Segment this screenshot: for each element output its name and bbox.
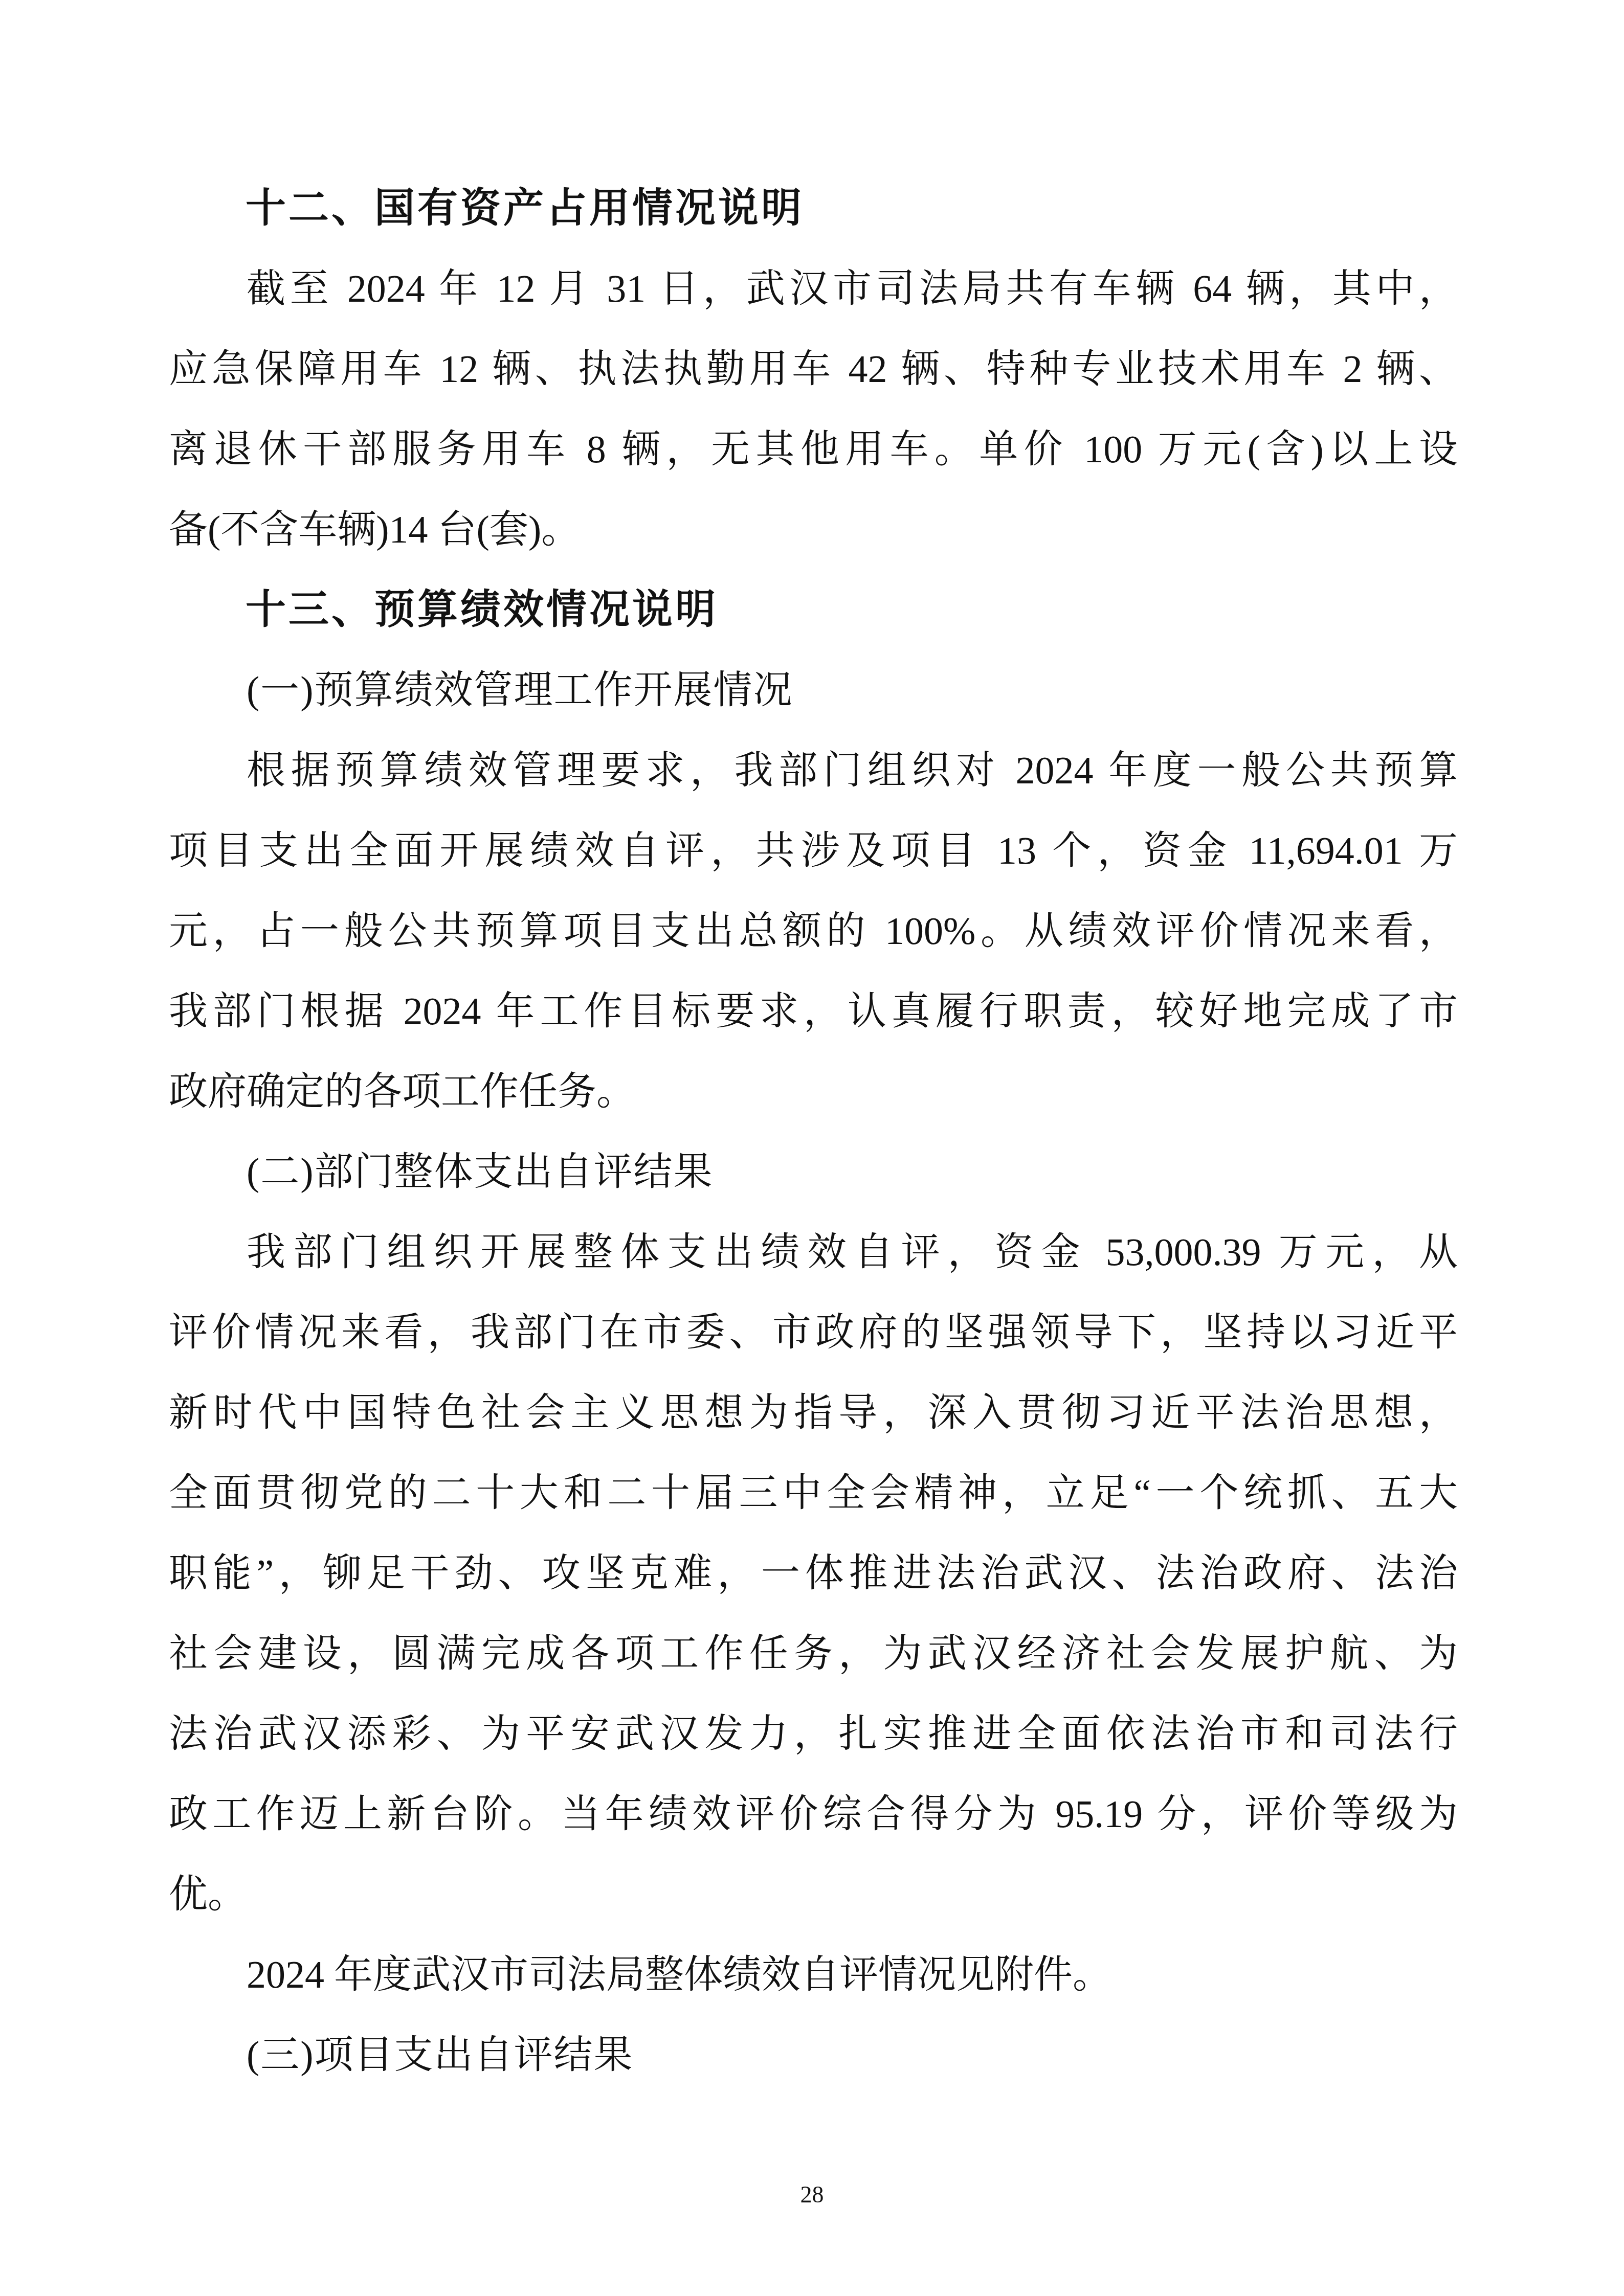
paragraph-line: 全面贯彻党的二十大和二十届三中全会精神，立足“一个统抓、五大: [169, 1453, 1458, 1534]
subsection-heading-3: (三)项目支出自评结果: [169, 2015, 1458, 2096]
section-heading-12: 十二、国有资产占用情况说明: [169, 169, 1458, 249]
paragraph-line: 评价情况来看，我部门在市委、市政府的坚强领导下，坚持以习近平: [169, 1293, 1458, 1373]
paragraph-line: 职能”，铆足干劲、攻坚克难，一体推进法治武汉、法治政府、法治: [169, 1534, 1458, 1614]
attachment-note-line: 2024 年度武汉市司法局整体绩效自评情况见附件。: [169, 1935, 1458, 2015]
paragraph-line: 政府确定的各项工作任务。: [169, 1052, 1458, 1132]
paragraph-line: 法治武汉添彩、为平安武汉发力，扎实推进全面依法治市和司法行: [169, 1694, 1458, 1774]
paragraph-line: 我部门组织开展整体支出绩效自评，资金 53,000.39 万元，从: [169, 1212, 1458, 1293]
document-page: 十二、国有资产占用情况说明 截至 2024 年 12 月 31 日，武汉市司法局…: [0, 0, 1624, 2296]
paragraph-line: 应急保障用车 12 辆、执法执勤用车 42 辆、特种专业技术用车 2 辆、: [169, 329, 1458, 410]
section-heading-13: 十三、预算绩效情况说明: [169, 570, 1458, 650]
paragraph-line: 优。: [169, 1855, 1458, 1935]
paragraph-line: 根据预算绩效管理要求，我部门组织对 2024 年度一般公共预算: [169, 731, 1458, 811]
paragraph-line: 社会建设，圆满完成各项工作任务，为武汉经济社会发展护航、为: [169, 1614, 1458, 1694]
paragraph-line: 政工作迈上新台阶。当年绩效评价综合得分为 95.19 分，评价等级为: [169, 1774, 1458, 1855]
paragraph-line: 项目支出全面开展绩效自评，共涉及项目 13 个，资金 11,694.01 万: [169, 811, 1458, 891]
paragraph-line: 我部门根据 2024 年工作目标要求，认真履行职责，较好地完成了市: [169, 972, 1458, 1052]
subsection-heading-1: (一)预算绩效管理工作开展情况: [169, 650, 1458, 731]
paragraph-line: 备(不含车辆)14 台(套)。: [169, 490, 1458, 570]
paragraph-line: 元，占一般公共预算项目支出总额的 100%。从绩效评价情况来看，: [169, 891, 1458, 972]
paragraph-line: 新时代中国特色社会主义思想为指导，深入贯彻习近平法治思想，: [169, 1373, 1458, 1453]
paragraph-line: 离退休干部服务用车 8 辆，无其他用车。单价 100 万元(含)以上设: [169, 410, 1458, 490]
document-body: 十二、国有资产占用情况说明 截至 2024 年 12 月 31 日，武汉市司法局…: [169, 169, 1458, 2096]
page-number: 28: [0, 2179, 1624, 2210]
paragraph-line: 截至 2024 年 12 月 31 日，武汉市司法局共有车辆 64 辆，其中，: [169, 249, 1458, 329]
subsection-heading-2: (二)部门整体支出自评结果: [169, 1132, 1458, 1212]
